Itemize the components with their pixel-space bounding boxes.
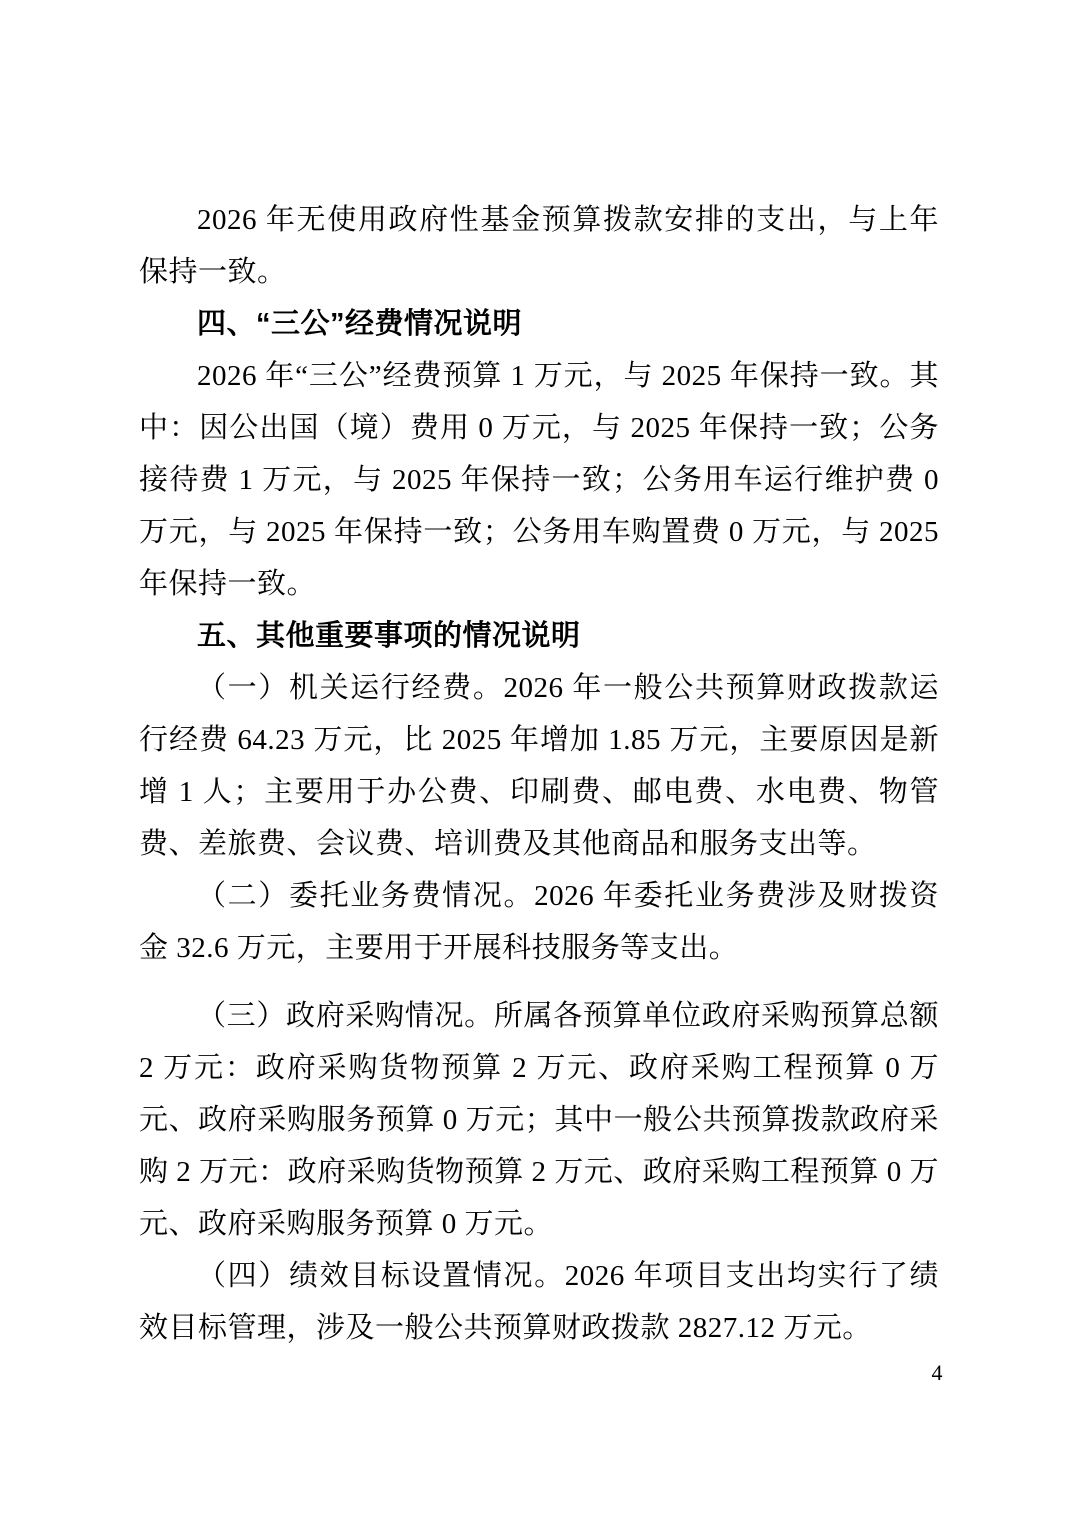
heading-section-5-other-important-matters: 五、其他重要事项的情况说明 bbox=[139, 610, 939, 662]
para-item-3-government-procurement: （三）政府采购情况。所属各预算单位政府采购预算总额 2 万元：政府采购货物预算 … bbox=[139, 990, 939, 1250]
para-item-4-performance-targets: （四）绩效目标设置情况。2026 年项目支出均实行了绩效目标管理，涉及一般公共预… bbox=[139, 1250, 939, 1354]
document-content: 2026 年无使用政府性基金预算拨款安排的支出，与上年保持一致。 四、“三公”经… bbox=[139, 194, 939, 1354]
para-item-1-agency-operating-expenses: （一）机关运行经费。2026 年一般公共预算财政拨款运行经费 64.23 万元，… bbox=[139, 662, 939, 870]
document-page: 2026 年无使用政府性基金预算拨款安排的支出，与上年保持一致。 四、“三公”经… bbox=[0, 0, 1074, 1520]
heading-section-4-three-public-expenses: 四、“三公”经费情况说明 bbox=[139, 298, 939, 350]
para-gov-fund-expenditure: 2026 年无使用政府性基金预算拨款安排的支出，与上年保持一致。 bbox=[139, 194, 939, 298]
para-item-2-entrusted-business-fees: （二）委托业务费情况。2026 年委托业务费涉及财拨资金 32.6 万元，主要用… bbox=[139, 870, 939, 974]
page-number: 4 bbox=[922, 1358, 952, 1388]
para-three-public-expenses-detail: 2026 年“三公”经费预算 1 万元，与 2025 年保持一致。其中：因公出国… bbox=[139, 350, 939, 610]
